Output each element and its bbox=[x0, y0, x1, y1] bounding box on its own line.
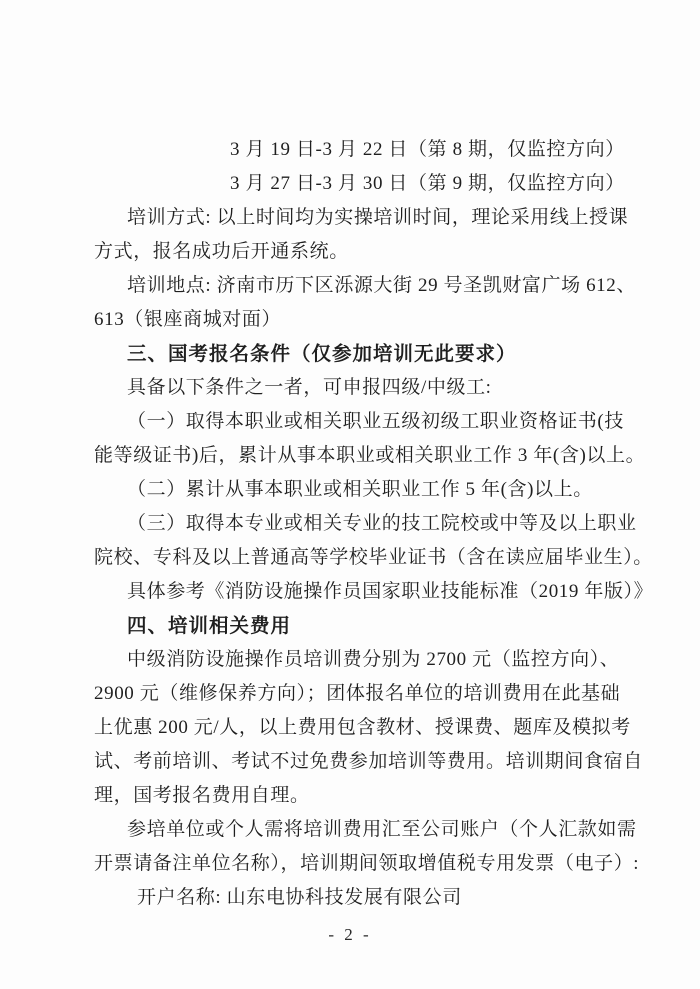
session-8-schedule-line: 3 月 19 日-3 月 22 日（第 8 期，仅监控方向） bbox=[94, 133, 624, 167]
condition-1-line: （一）取得本职业或相关职业五级初级工职业资格证书(技 bbox=[94, 405, 624, 439]
page-number: - 2 - bbox=[0, 924, 700, 946]
section-3-heading: 三、国考报名条件（仅参加培训无此要求） bbox=[94, 337, 624, 371]
section-4-heading: 四、培训相关费用 bbox=[94, 609, 624, 643]
session-9-schedule-line: 3 月 27 日-3 月 30 日（第 9 期，仅监控方向） bbox=[94, 167, 624, 201]
condition-3-line: （三）取得本专业或相关专业的技工院校或中等及以上职业 bbox=[94, 507, 624, 541]
fee-line-5: 理，国考报名费用自理。 bbox=[94, 779, 624, 813]
conditions-intro-line: 具备以下条件之一者，可申报四级/中级工: bbox=[94, 371, 624, 405]
document-body: 3 月 19 日-3 月 22 日（第 8 期，仅监控方向） 3 月 27 日-… bbox=[94, 133, 624, 915]
fee-line-4: 试、考前培训、考试不过免费参加培训等费用。培训期间食宿自 bbox=[94, 745, 624, 779]
training-location-line: 培训地点: 济南市历下区泺源大街 29 号圣凯财富广场 612、 bbox=[94, 269, 624, 303]
reference-standard-line: 具体参考《消防设施操作员国家职业技能标准（2019 年版）》 bbox=[94, 575, 624, 609]
document-page: 3 月 19 日-3 月 22 日（第 8 期，仅监控方向） 3 月 27 日-… bbox=[0, 0, 700, 989]
training-location-cont-line: 613（银座商城对面） bbox=[94, 303, 624, 337]
payment-line-1: 参培单位或个人需将培训费用汇至公司账户（个人汇款如需 bbox=[94, 813, 624, 847]
condition-2-line: （二）累计从事本职业或相关职业工作 5 年(含)以上。 bbox=[94, 473, 624, 507]
fee-line-3: 上优惠 200 元/人，以上费用包含教材、授课费、题库及模拟考 bbox=[94, 711, 624, 745]
account-name-line: 开户名称: 山东电协科技发展有限公司 bbox=[94, 881, 624, 915]
condition-3-cont-line: 院校、专科及以上普通高等学校毕业证书（含在读应届毕业生）。 bbox=[94, 541, 624, 575]
training-method-line: 培训方式: 以上时间均为实操培训时间，理论采用线上授课 bbox=[94, 201, 624, 235]
fee-line-1: 中级消防设施操作员培训费分别为 2700 元（监控方向）、 bbox=[94, 643, 624, 677]
condition-1-cont-line: 能等级证书)后，累计从事本职业或相关职业工作 3 年(含)以上。 bbox=[94, 439, 624, 473]
payment-line-2: 开票请备注单位名称），培训期间领取增值税专用发票（电子）: bbox=[94, 847, 624, 881]
training-method-cont-line: 方式，报名成功后开通系统。 bbox=[94, 235, 624, 269]
fee-line-2: 2900 元（维修保养方向）；团体报名单位的培训费用在此基础 bbox=[94, 677, 624, 711]
